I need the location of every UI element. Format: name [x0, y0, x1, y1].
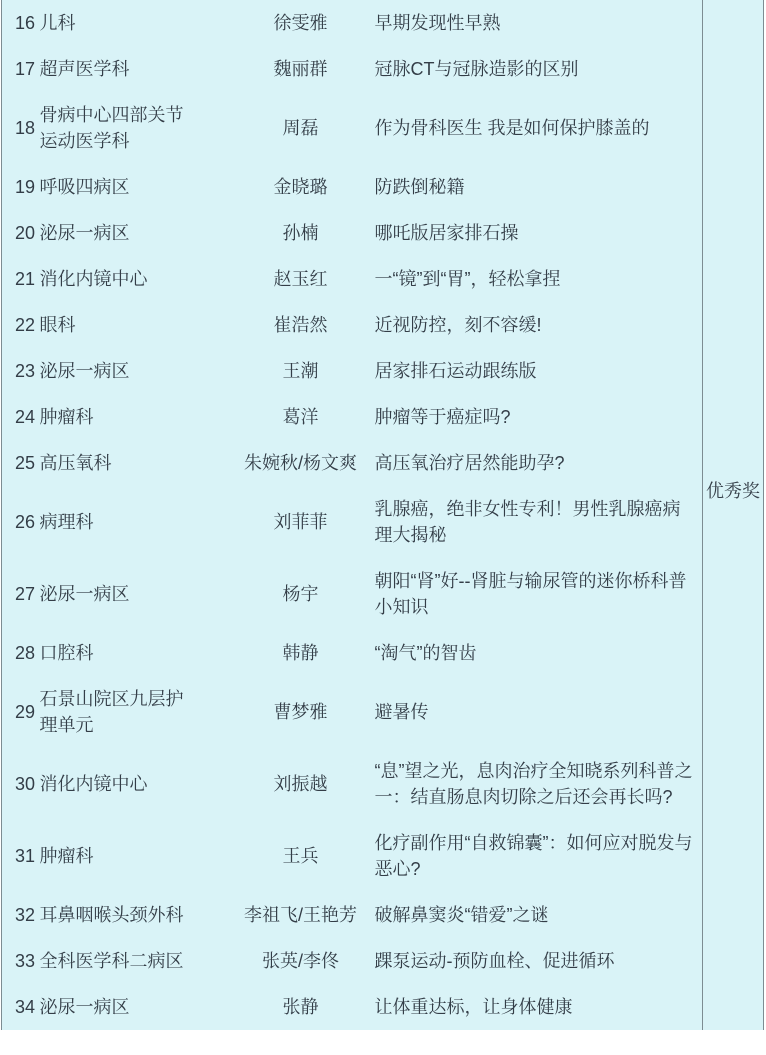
row-number-cell: 24: [2, 394, 38, 440]
department-cell: 骨病中心四部关节运动医学科: [38, 92, 228, 164]
presenter-cell: 崔浩然: [228, 302, 374, 348]
department-cell: 泌尿一病区: [38, 984, 228, 1030]
title-cell: 居家排石运动跟练版: [374, 348, 703, 394]
department-cell: 泌尿一病区: [38, 210, 228, 256]
presenter-cell: 刘菲菲: [228, 486, 374, 558]
presenter-cell: 刘振越: [228, 748, 374, 820]
title-cell: 防跌倒秘籍: [374, 164, 703, 210]
table-row: 34泌尿一病区张静让体重达标，让身体健康: [2, 984, 764, 1030]
table-row: 18骨病中心四部关节运动医学科周磊作为骨科医生 我是如何保护膝盖的: [2, 92, 764, 164]
title-cell: 乳腺癌，绝非女性专利！男性乳腺癌病理大揭秘: [374, 486, 703, 558]
presenter-cell: 葛洋: [228, 394, 374, 440]
title-cell: 高压氧治疗居然能助孕?: [374, 440, 703, 486]
title-cell: 早期发现性早熟: [374, 0, 703, 46]
row-number-cell: 20: [2, 210, 38, 256]
title-cell: 一“镜”到“胃”，轻松拿捏: [374, 256, 703, 302]
presenter-cell: 朱婉秋/杨文爽: [228, 440, 374, 486]
department-cell: 石景山院区九层护理单元: [38, 676, 228, 748]
title-cell: 踝泵运动-预防血栓、促进循环: [374, 938, 703, 984]
row-number-cell: 18: [2, 92, 38, 164]
department-cell: 全科医学科二病区: [38, 938, 228, 984]
title-cell: 化疗副作用“自救锦囊”：如何应对脱发与恶心?: [374, 820, 703, 892]
department-cell: 高压氧科: [38, 440, 228, 486]
presenter-cell: 曹梦雅: [228, 676, 374, 748]
table-row: 17超声医学科魏丽群冠脉CT与冠脉造影的区别: [2, 46, 764, 92]
title-cell: 冠脉CT与冠脉造影的区别: [374, 46, 703, 92]
row-number-cell: 21: [2, 256, 38, 302]
department-cell: 眼科: [38, 302, 228, 348]
department-cell: 泌尿一病区: [38, 558, 228, 630]
table-row: 32耳鼻咽喉头颈外科李祖飞/王艳芳破解鼻窦炎“错爱”之谜: [2, 892, 764, 938]
presenter-cell: 韩静: [228, 630, 374, 676]
award-label: 优秀奖: [703, 478, 763, 504]
department-cell: 呼吸四病区: [38, 164, 228, 210]
title-cell: 破解鼻窦炎“错爱”之谜: [374, 892, 703, 938]
row-number-cell: 28: [2, 630, 38, 676]
title-cell: “息”望之光，息肉治疗全知晓系列科普之一：结直肠息肉切除之后还会再长吗?: [374, 748, 703, 820]
presenter-cell: 杨宇: [228, 558, 374, 630]
row-number-cell: 26: [2, 486, 38, 558]
row-number-cell: 32: [2, 892, 38, 938]
row-number-cell: 30: [2, 748, 38, 820]
department-cell: 儿科: [38, 0, 228, 46]
presenter-cell: 张静: [228, 984, 374, 1030]
department-cell: 病理科: [38, 486, 228, 558]
department-cell: 口腔科: [38, 630, 228, 676]
award-table-body: 16儿科徐雯雅早期发现性早熟优秀奖17超声医学科魏丽群冠脉CT与冠脉造影的区别1…: [2, 0, 764, 1030]
award-cell: 优秀奖: [703, 0, 764, 1030]
department-cell: 超声医学科: [38, 46, 228, 92]
table-row: 31肿瘤科王兵化疗副作用“自救锦囊”：如何应对脱发与恶心?: [2, 820, 764, 892]
row-number-cell: 23: [2, 348, 38, 394]
title-cell: 哪吒版居家排石操: [374, 210, 703, 256]
table-row: 28口腔科韩静“淘气”的智齿: [2, 630, 764, 676]
presenter-cell: 王兵: [228, 820, 374, 892]
presenter-cell: 赵玉红: [228, 256, 374, 302]
table-row: 20泌尿一病区孙楠哪吒版居家排石操: [2, 210, 764, 256]
table-row: 27泌尿一病区杨宇朝阳“肾”好--肾脏与输尿管的迷你桥科普小知识: [2, 558, 764, 630]
table-row: 33全科医学科二病区张英/李佟踝泵运动-预防血栓、促进循环: [2, 938, 764, 984]
presenter-cell: 金晓璐: [228, 164, 374, 210]
presenter-cell: 李祖飞/王艳芳: [228, 892, 374, 938]
table-row: 19呼吸四病区金晓璐防跌倒秘籍: [2, 164, 764, 210]
table-row: 22眼科崔浩然近视防控，刻不容缓!: [2, 302, 764, 348]
table-row: 30消化内镜中心刘振越“息”望之光，息肉治疗全知晓系列科普之一：结直肠息肉切除之…: [2, 748, 764, 820]
department-cell: 泌尿一病区: [38, 348, 228, 394]
page: 16儿科徐雯雅早期发现性早熟优秀奖17超声医学科魏丽群冠脉CT与冠脉造影的区别1…: [0, 0, 766, 1055]
row-number-cell: 33: [2, 938, 38, 984]
title-cell: 朝阳“肾”好--肾脏与输尿管的迷你桥科普小知识: [374, 558, 703, 630]
table-row: 16儿科徐雯雅早期发现性早熟优秀奖: [2, 0, 764, 46]
table-row: 21消化内镜中心赵玉红一“镜”到“胃”，轻松拿捏: [2, 256, 764, 302]
row-number-cell: 27: [2, 558, 38, 630]
table-row: 26病理科刘菲菲乳腺癌，绝非女性专利！男性乳腺癌病理大揭秘: [2, 486, 764, 558]
row-number-cell: 19: [2, 164, 38, 210]
department-cell: 肿瘤科: [38, 394, 228, 440]
table-row: 23泌尿一病区王潮居家排石运动跟练版: [2, 348, 764, 394]
title-cell: 肿瘤等于癌症吗?: [374, 394, 703, 440]
department-cell: 消化内镜中心: [38, 256, 228, 302]
presenter-cell: 张英/李佟: [228, 938, 374, 984]
presenter-cell: 周磊: [228, 92, 374, 164]
presenter-cell: 魏丽群: [228, 46, 374, 92]
department-cell: 肿瘤科: [38, 820, 228, 892]
presenter-cell: 王潮: [228, 348, 374, 394]
title-cell: 避暑传: [374, 676, 703, 748]
presenter-cell: 徐雯雅: [228, 0, 374, 46]
row-number-cell: 29: [2, 676, 38, 748]
row-number-cell: 16: [2, 0, 38, 46]
row-number-cell: 31: [2, 820, 38, 892]
row-number-cell: 25: [2, 440, 38, 486]
table-row: 29石景山院区九层护理单元曹梦雅避暑传: [2, 676, 764, 748]
department-cell: 消化内镜中心: [38, 748, 228, 820]
award-table-clip: 16儿科徐雯雅早期发现性早熟优秀奖17超声医学科魏丽群冠脉CT与冠脉造影的区别1…: [1, 0, 764, 1049]
title-cell: 作为骨科医生 我是如何保护膝盖的: [374, 92, 703, 164]
row-number-cell: 22: [2, 302, 38, 348]
title-cell: 近视防控，刻不容缓!: [374, 302, 703, 348]
table-row: 25高压氧科朱婉秋/杨文爽高压氧治疗居然能助孕?: [2, 440, 764, 486]
table-row: 24肿瘤科葛洋肿瘤等于癌症吗?: [2, 394, 764, 440]
department-cell: 耳鼻咽喉头颈外科: [38, 892, 228, 938]
title-cell: “淘气”的智齿: [374, 630, 703, 676]
row-number-cell: 17: [2, 46, 38, 92]
title-cell: 让体重达标，让身体健康: [374, 984, 703, 1030]
presenter-cell: 孙楠: [228, 210, 374, 256]
award-winners-table: 16儿科徐雯雅早期发现性早熟优秀奖17超声医学科魏丽群冠脉CT与冠脉造影的区别1…: [1, 0, 764, 1030]
row-number-cell: 34: [2, 984, 38, 1030]
